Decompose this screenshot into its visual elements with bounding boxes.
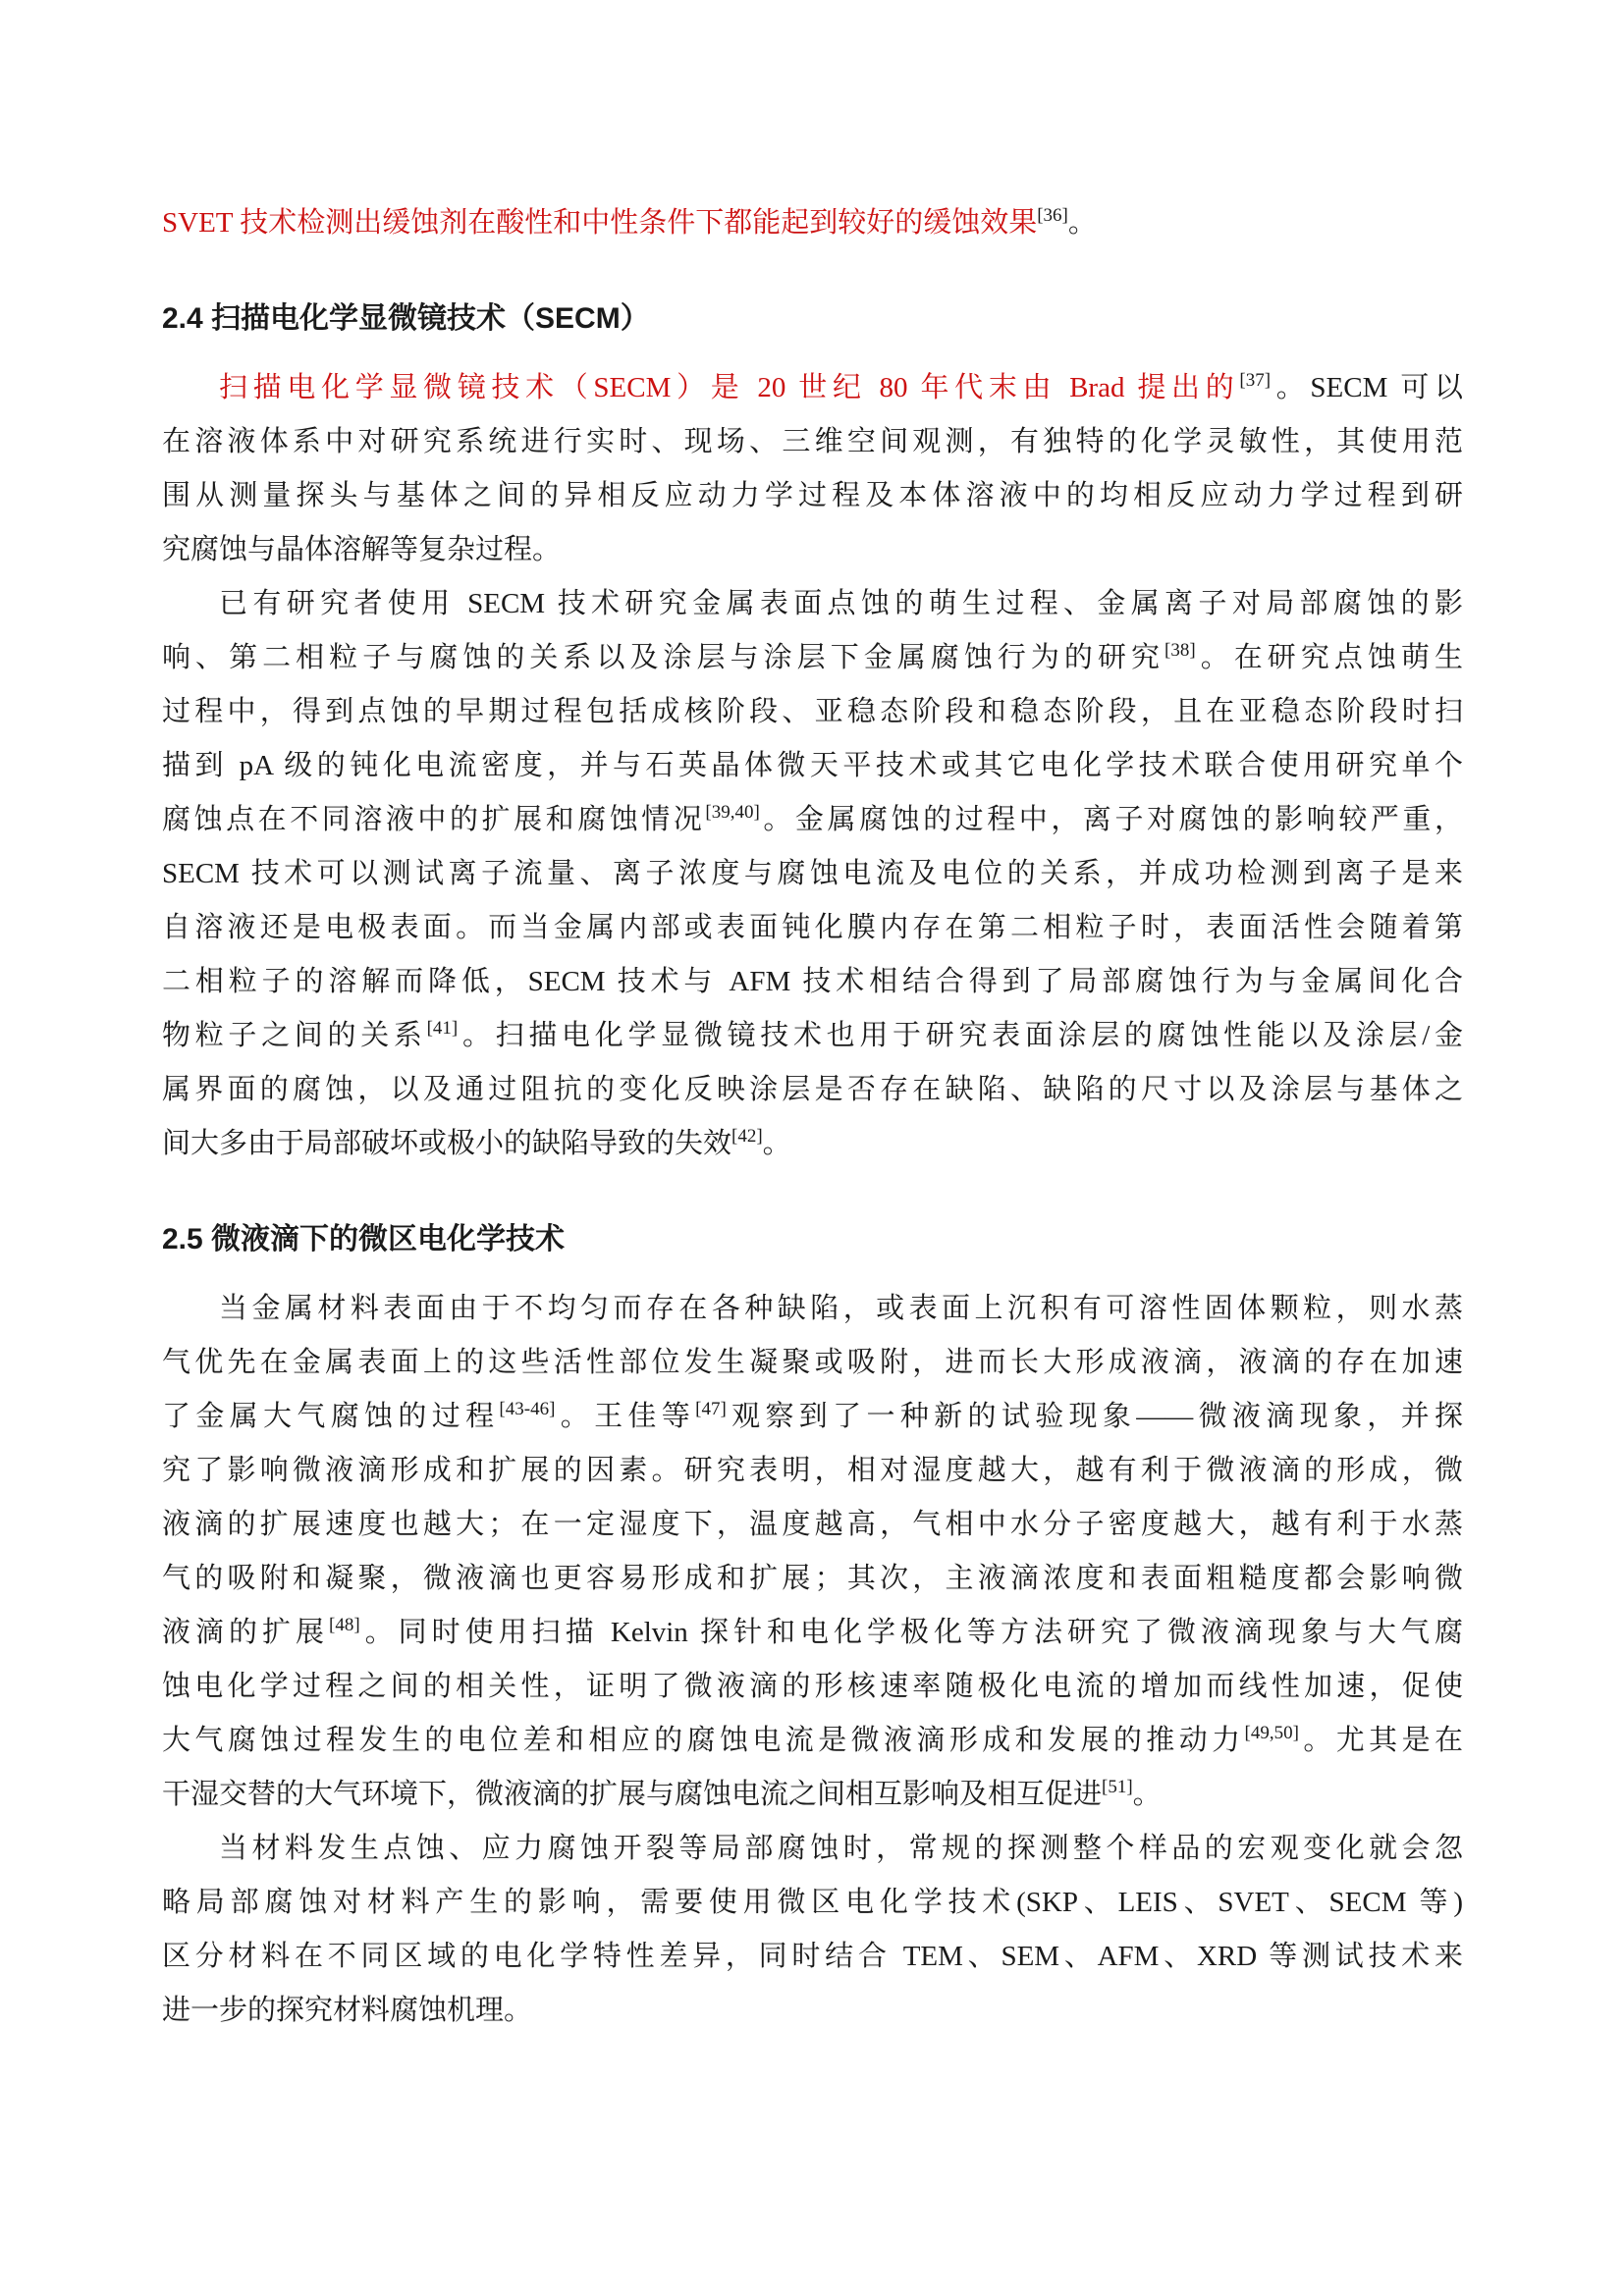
text-line: 扫描电化学显微镜技术（SECM）是 20 世纪 80 年代末由 Brad 提出的… [162, 361, 1463, 415]
text-run: 围从测量探头与基体之间的异相反应动力学过程及本体溶液中的均相反应动力学过程到研 [162, 480, 1463, 511]
text-run: 二相粒子的溶解而降低，SECM 技术与 AFM 技术相结合得到了局部腐蚀行为与金… [162, 966, 1463, 997]
text-run: 在溶液体系中对研究系统进行实时、现场、三维空间观测，有独特的化学灵敏性，其使用范 [162, 426, 1463, 457]
text-run: 。SECM 可以 [1271, 372, 1463, 403]
text-run: 自溶液还是电极表面。而当金属内部或表面钝化膜内存在第二相粒子时，表面活性会随着第 [162, 912, 1463, 943]
citation-ref: [39,40] [705, 802, 759, 823]
citation-ref: [51] [1102, 1777, 1133, 1797]
text-line: 略局部腐蚀对材料产生的影响，需要使用微区电化学技术(SKP、LEIS、SVET、… [162, 1876, 1463, 1930]
text-run: 。 [1133, 1779, 1162, 1810]
text-line: 在溶液体系中对研究系统进行实时、现场、三维空间观测，有独特的化学灵敏性，其使用范 [162, 415, 1463, 469]
text-line: 二相粒子的溶解而降低，SECM 技术与 AFM 技术相结合得到了局部腐蚀行为与金… [162, 955, 1463, 1009]
text-line: 干湿交替的大气环境下，微液滴的扩展与腐蚀电流之间相互影响及相互促进[51]。 [162, 1768, 1463, 1822]
text-run: 。扫描电化学显微镜技术也用于研究表面涂层的腐蚀性能以及涂层/金 [458, 1020, 1463, 1051]
text-run: 蚀电化学过程之间的相关性，证明了微液滴的形核速率随极化电流的增加而线性加速，促使 [162, 1671, 1463, 1702]
text-line: 当金属材料表面由于不均匀而存在各种缺陷，或表面上沉积有可溶性固体颗粒，则水蒸 [162, 1282, 1463, 1336]
text-run: SVET 技术检测出缓蚀剂在酸性和中性条件下都能起到较好的缓蚀效果 [162, 207, 1037, 239]
text-line: 响、第二相粒子与腐蚀的关系以及涂层与涂层下金属腐蚀行为的研究[38]。在研究点蚀… [162, 631, 1463, 685]
text-run: 已有研究者使用 SECM 技术研究金属表面点蚀的萌生过程、金属离子对局部腐蚀的影 [219, 588, 1463, 619]
text-run: 。尤其是在 [1299, 1725, 1463, 1756]
text-run: 略局部腐蚀对材料产生的影响，需要使用微区电化学技术(SKP、LEIS、SVET、… [162, 1887, 1463, 1918]
text-run: 了金属大气腐蚀的过程 [162, 1401, 499, 1432]
text-line: 液滴的扩展速度也越大；在一定湿度下，温度越高，气相中水分子密度越大，越有利于水蒸 [162, 1498, 1463, 1552]
citation-ref: [42] [731, 1126, 763, 1147]
text-run: 。王佳等 [555, 1401, 695, 1432]
text-run: 当金属材料表面由于不均匀而存在各种缺陷，或表面上沉积有可溶性固体颗粒，则水蒸 [219, 1293, 1463, 1324]
text-line: 进一步的探究材料腐蚀机理。 [162, 1984, 1463, 2038]
citation-ref: [47] [695, 1399, 727, 1419]
text-line: 蚀电化学过程之间的相关性，证明了微液滴的形核速率随极化电流的增加而线性加速，促使 [162, 1660, 1463, 1714]
text-run: 腐蚀点在不同溶液中的扩展和腐蚀情况 [162, 804, 705, 835]
text-line: 区分材料在不同区域的电化学特性差异，同时结合 TEM、SEM、AFM、XRD 等… [162, 1930, 1463, 1984]
text-line: SVET 技术检测出缓蚀剂在酸性和中性条件下都能起到较好的缓蚀效果[36]。 [162, 196, 1463, 250]
text-run: 大气腐蚀过程发生的电位差和相应的腐蚀电流是微液滴形成和发展的推动力 [162, 1725, 1245, 1756]
text-run: 气优先在金属表面上的这些活性部位发生凝聚或吸附，进而长大形成液滴，液滴的存在加速 [162, 1347, 1463, 1378]
citation-ref: [43-46] [499, 1399, 555, 1419]
text-line: 属界面的腐蚀，以及通过阻抗的变化反映涂层是否存在缺陷、缺陷的尺寸以及涂层与基体之 [162, 1063, 1463, 1117]
text-run: 扫描电化学显微镜技术（SECM）是 20 世纪 80 年代末由 Brad 提出的 [219, 372, 1239, 403]
text-line: 围从测量探头与基体之间的异相反应动力学过程及本体溶液中的均相反应动力学过程到研 [162, 469, 1463, 523]
section-heading: 2.4 扫描电化学显微镜技术（SECM） [162, 292, 1463, 346]
citation-ref: [38] [1164, 640, 1196, 661]
text-run: 。 [1068, 207, 1097, 239]
text-run: 究了影响微液滴形成和扩展的因素。研究表明，相对湿度越大，越有利于微液滴的形成，微 [162, 1455, 1463, 1486]
text-line: SECM 技术可以测试离子流量、离子浓度与腐蚀电流及电位的关系，并成功检测到离子… [162, 847, 1463, 901]
text-run: 属界面的腐蚀，以及通过阻抗的变化反映涂层是否存在缺陷、缺陷的尺寸以及涂层与基体之 [162, 1074, 1463, 1105]
citation-ref: [48] [329, 1615, 360, 1635]
text-run: SECM 技术可以测试离子流量、离子浓度与腐蚀电流及电位的关系，并成功检测到离子… [162, 858, 1463, 889]
document-page: SVET 技术检测出缓蚀剂在酸性和中性条件下都能起到较好的缓蚀效果[36]。2.… [0, 0, 1624, 2296]
text-line: 气的吸附和凝聚，微液滴也更容易形成和扩展；其次，主液滴浓度和表面粗糙度都会影响微 [162, 1552, 1463, 1606]
text-line: 究了影响微液滴形成和扩展的因素。研究表明，相对湿度越大，越有利于微液滴的形成，微 [162, 1444, 1463, 1498]
text-run: 响、第二相粒子与腐蚀的关系以及涂层与涂层下金属腐蚀行为的研究 [162, 642, 1164, 673]
text-line: 描到 pA 级的钝化电流密度，并与石英晶体微天平技术或其它电化学技术联合使用研究… [162, 739, 1463, 793]
text-run: 进一步的探究材料腐蚀机理。 [162, 1995, 532, 2026]
text-run: 干湿交替的大气环境下，微液滴的扩展与腐蚀电流之间相互影响及相互促进 [162, 1779, 1102, 1810]
text-line: 自溶液还是电极表面。而当金属内部或表面钝化膜内存在第二相粒子时，表面活性会随着第 [162, 901, 1463, 955]
text-line: 腐蚀点在不同溶液中的扩展和腐蚀情况[39,40]。金属腐蚀的过程中，离子对腐蚀的… [162, 793, 1463, 847]
text-run: 区分材料在不同区域的电化学特性差异，同时结合 TEM、SEM、AFM、XRD 等… [162, 1941, 1463, 1972]
text-run: 。 [763, 1128, 791, 1159]
section-heading: 2.5 微液滴下的微区电化学技术 [162, 1212, 1463, 1266]
text-run: 。金属腐蚀的过程中，离子对腐蚀的影响较严重， [760, 804, 1463, 835]
text-run: 描到 pA 级的钝化电流密度，并与石英晶体微天平技术或其它电化学技术联合使用研究… [162, 750, 1463, 781]
text-run: 究腐蚀与晶体溶解等复杂过程。 [162, 534, 561, 565]
text-run: 。在研究点蚀萌生 [1196, 642, 1463, 673]
text-run: 液滴的扩展速度也越大；在一定湿度下，温度越高，气相中水分子密度越大，越有利于水蒸 [162, 1509, 1463, 1540]
citation-ref: [37] [1239, 370, 1271, 391]
text-line: 气优先在金属表面上的这些活性部位发生凝聚或吸附，进而长大形成液滴，液滴的存在加速 [162, 1336, 1463, 1390]
text-line: 过程中，得到点蚀的早期过程包括成核阶段、亚稳态阶段和稳态阶段，且在亚稳态阶段时扫 [162, 685, 1463, 739]
text-run: 当材料发生点蚀、应力腐蚀开裂等局部腐蚀时，常规的探测整个样品的宏观变化就会忽 [219, 1833, 1463, 1864]
text-line: 物粒子之间的关系[41]。扫描电化学显微镜技术也用于研究表面涂层的腐蚀性能以及涂… [162, 1009, 1463, 1063]
text-line: 大气腐蚀过程发生的电位差和相应的腐蚀电流是微液滴形成和发展的推动力[49,50]… [162, 1714, 1463, 1768]
citation-ref: [41] [427, 1018, 459, 1039]
text-line: 液滴的扩展[48]。同时使用扫描 Kelvin 探针和电化学极化等方法研究了微液… [162, 1606, 1463, 1660]
text-run: 。同时使用扫描 Kelvin 探针和电化学极化等方法研究了微液滴现象与大气腐 [360, 1617, 1463, 1648]
text-line: 了金属大气腐蚀的过程[43-46]。王佳等[47]观察到了一种新的试验现象——微… [162, 1390, 1463, 1444]
text-line: 间大多由于局部破坏或极小的缺陷导致的失效[42]。 [162, 1117, 1463, 1171]
text-line: 已有研究者使用 SECM 技术研究金属表面点蚀的萌生过程、金属离子对局部腐蚀的影 [162, 577, 1463, 631]
text-run: 过程中，得到点蚀的早期过程包括成核阶段、亚稳态阶段和稳态阶段，且在亚稳态阶段时扫 [162, 696, 1463, 727]
text-run: 液滴的扩展 [162, 1617, 329, 1648]
citation-ref: [49,50] [1245, 1723, 1299, 1743]
text-run: 气的吸附和凝聚，微液滴也更容易形成和扩展；其次，主液滴浓度和表面粗糙度都会影响微 [162, 1563, 1463, 1594]
text-run: 观察到了一种新的试验现象——微液滴现象，并探 [727, 1401, 1463, 1432]
text-line: 当材料发生点蚀、应力腐蚀开裂等局部腐蚀时，常规的探测整个样品的宏观变化就会忽 [162, 1822, 1463, 1876]
document-body: SVET 技术检测出缓蚀剂在酸性和中性条件下都能起到较好的缓蚀效果[36]。2.… [162, 196, 1463, 2038]
text-run: 间大多由于局部破坏或极小的缺陷导致的失效 [162, 1128, 731, 1159]
text-run: 物粒子之间的关系 [162, 1020, 427, 1051]
citation-ref: [36] [1037, 205, 1068, 226]
text-line: 究腐蚀与晶体溶解等复杂过程。 [162, 523, 1463, 577]
